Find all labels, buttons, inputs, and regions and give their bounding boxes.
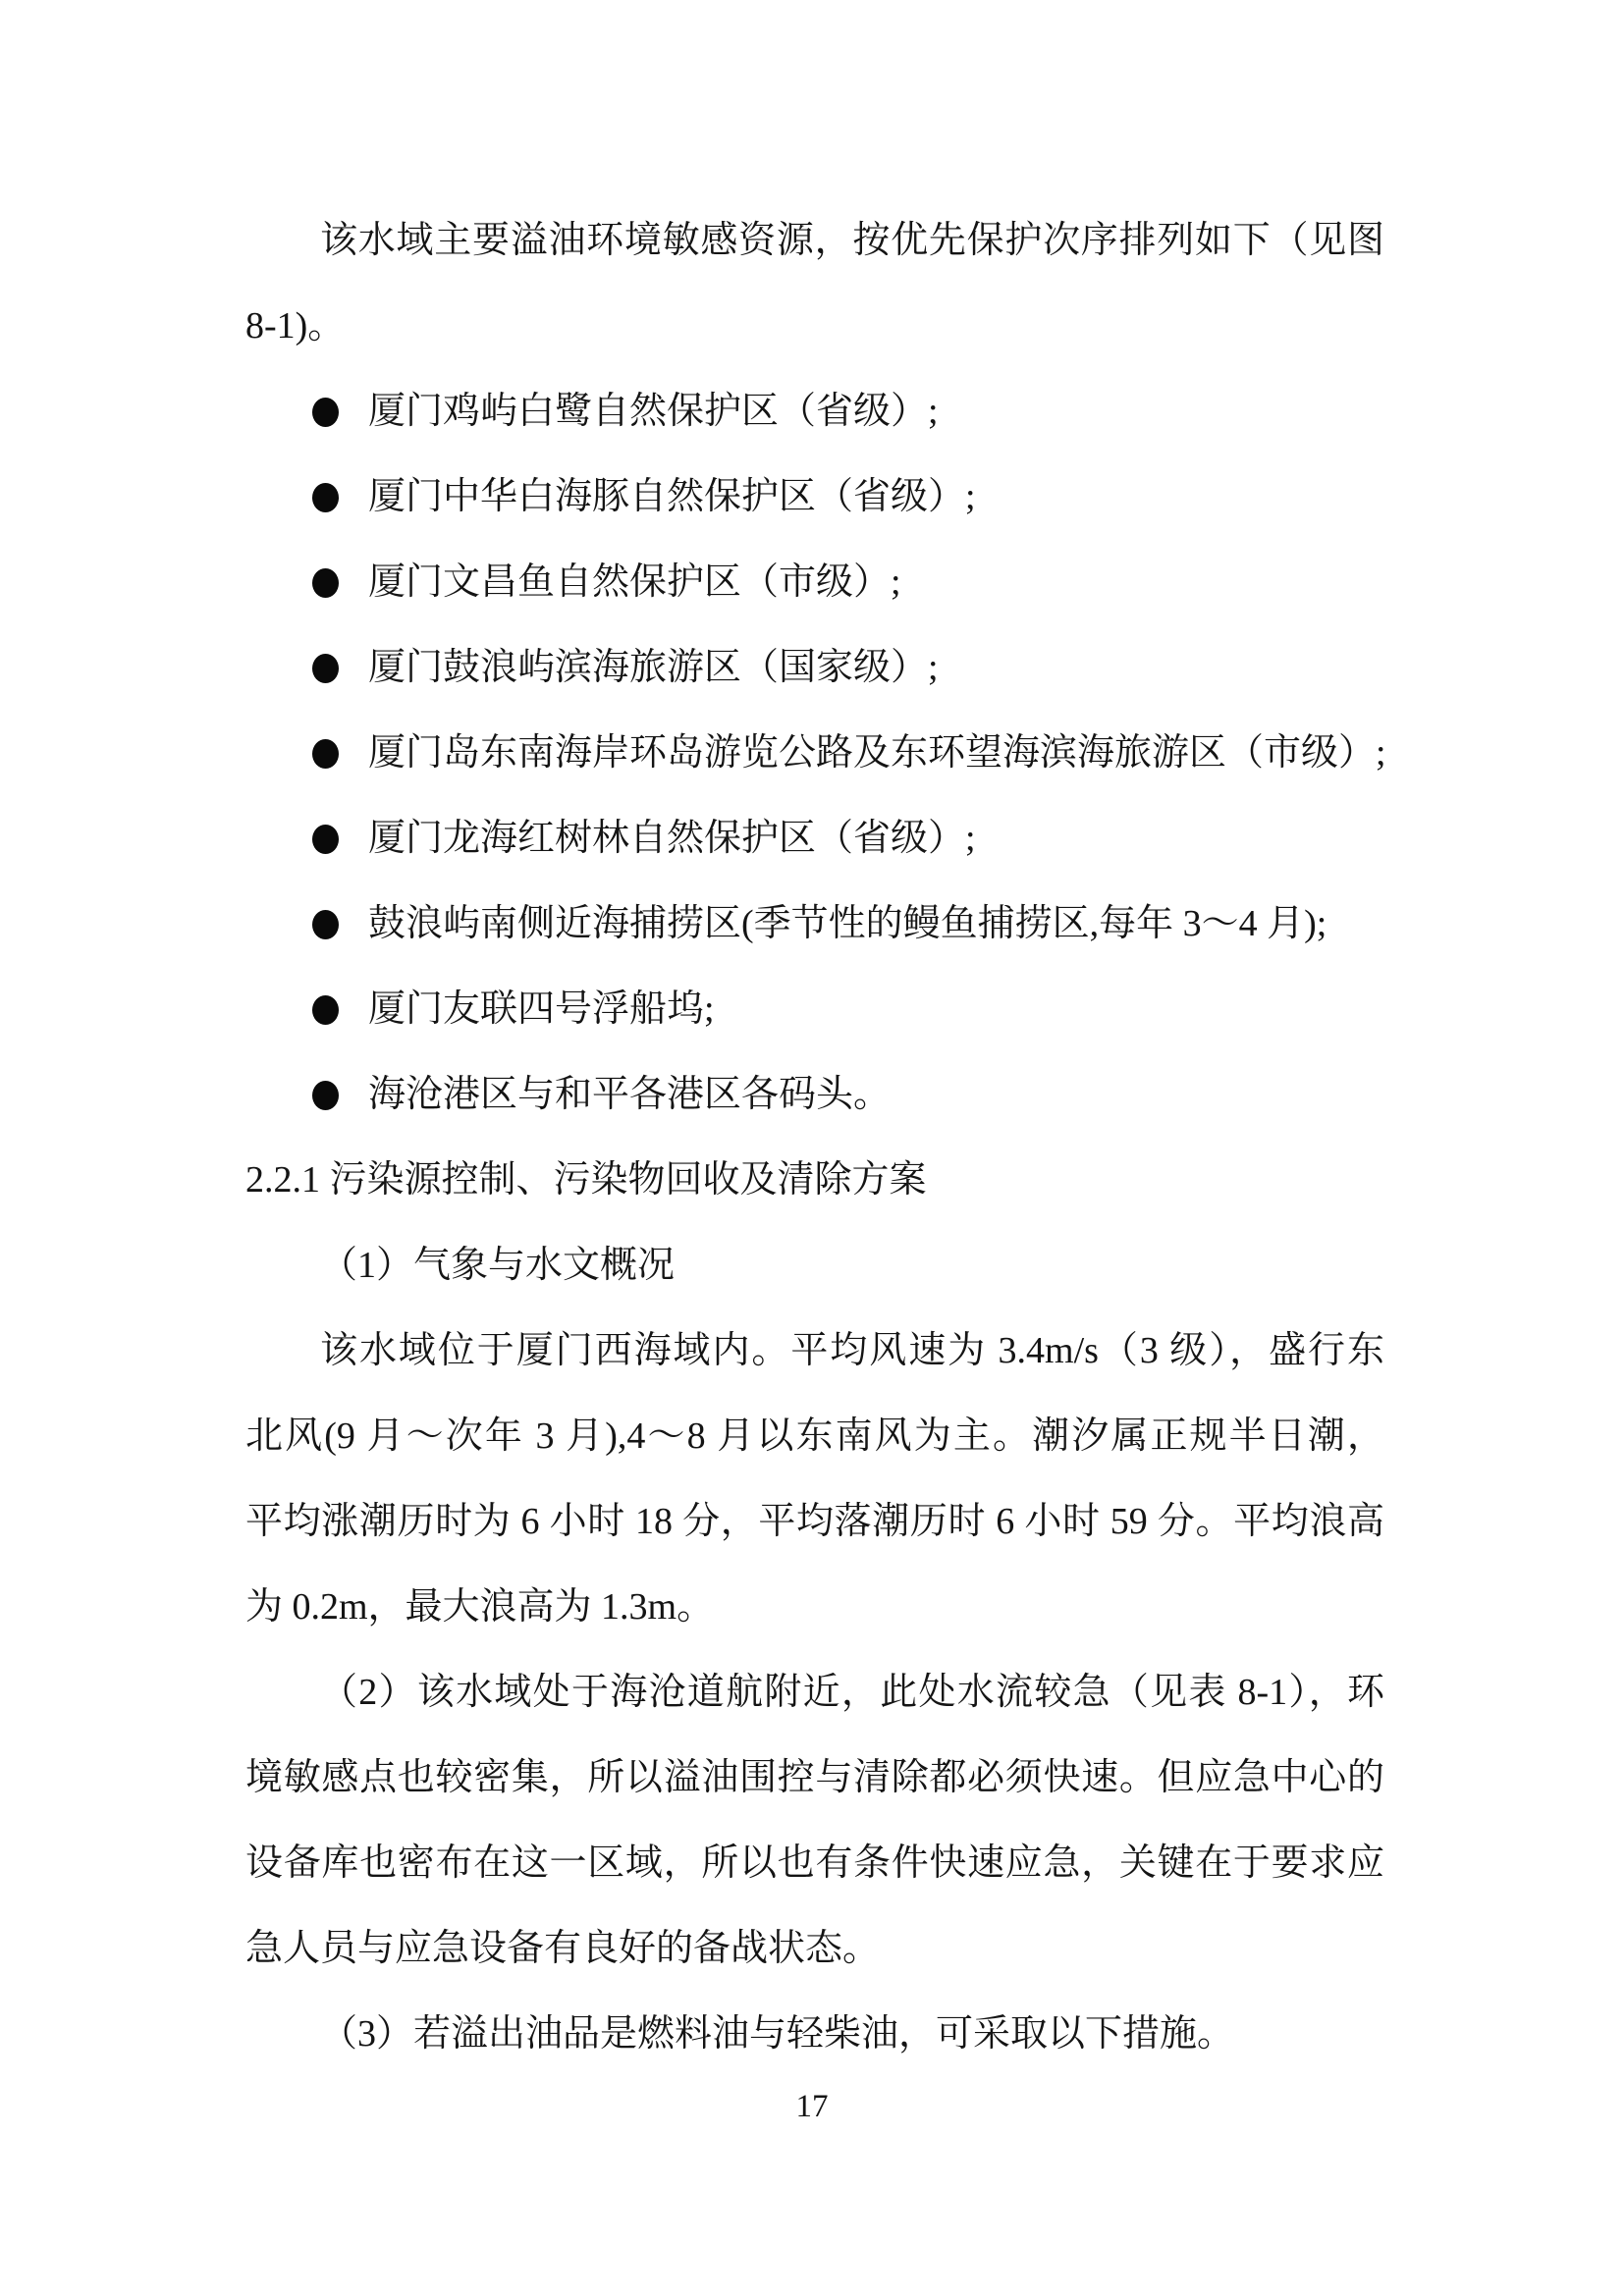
bullet-item: 厦门岛东南海岸环岛游览公路及东环望海滨海旅游区（市级）;	[245, 711, 1384, 796]
bullet-text: 厦门文昌鱼自然保护区（市级）;	[368, 540, 901, 625]
bullet-item: 厦门中华白海豚自然保护区（省级）;	[245, 454, 1384, 540]
paragraph-line: 设备库也密布在这一区域，所以也有条件快速应急，关键在于要求应	[245, 1821, 1384, 1906]
bullet-text: 厦门龙海红树林自然保护区（省级）;	[368, 796, 976, 881]
bullet-icon	[312, 398, 339, 427]
bullet-item: 海沧港区与和平各港区各码头。	[245, 1052, 1384, 1138]
bullet-icon	[312, 739, 339, 769]
paragraph-line: （2）该水域处于海沧道航附近，此处水流较急（见表 8-1），环	[245, 1650, 1384, 1735]
subsection-title: （1）气象与水文概况	[245, 1223, 1384, 1308]
bullet-item: 厦门鸡屿白鹭自然保护区（省级）;	[245, 369, 1384, 454]
page-number: 17	[0, 2081, 1624, 2132]
bullet-text: 厦门友联四号浮船坞;	[368, 967, 715, 1052]
bullet-icon	[312, 1081, 339, 1110]
bullet-icon	[312, 910, 339, 939]
section-heading: 2.2.1 污染源控制、污染物回收及清除方案	[245, 1138, 1384, 1223]
bullet-item: 厦门鼓浪屿滨海旅游区（国家级）;	[245, 625, 1384, 711]
bullet-icon	[312, 654, 339, 683]
bullet-text: 海沧港区与和平各港区各码头。	[368, 1052, 891, 1138]
bullet-icon	[312, 825, 339, 854]
paragraph-line: 该水域位于厦门西海域内。平均风速为 3.4m/s（3 级），盛行东	[245, 1308, 1384, 1394]
bullet-text: 厦门中华白海豚自然保护区（省级）;	[368, 454, 976, 540]
bullet-item: 厦门友联四号浮船坞;	[245, 967, 1384, 1052]
bullet-text: 鼓浪屿南侧近海捕捞区(季节性的鳗鱼捕捞区,每年 3～4 月);	[368, 881, 1326, 967]
paragraph-line: （3）若溢出油品是燃料油与轻柴油，可采取以下措施。	[245, 1992, 1384, 2077]
bullet-item: 鼓浪屿南侧近海捕捞区(季节性的鳗鱼捕捞区,每年 3～4 月);	[245, 881, 1384, 967]
intro-line: 8-1)。	[245, 284, 1384, 369]
document-body: 该水域主要溢油环境敏感资源，按优先保护次序排列如下（见图 8-1)。 厦门鸡屿白…	[245, 198, 1384, 2077]
bullet-text: 厦门岛东南海岸环岛游览公路及东环望海滨海旅游区（市级）;	[368, 711, 1386, 796]
paragraph-line: 急人员与应急设备有良好的备战状态。	[245, 1906, 1384, 1992]
bullet-item: 厦门龙海红树林自然保护区（省级）;	[245, 796, 1384, 881]
paragraph-line: 为 0.2m，最大浪高为 1.3m。	[245, 1565, 1384, 1650]
paragraph-line: 境敏感点也较密集，所以溢油围控与清除都必须快速。但应急中心的	[245, 1735, 1384, 1821]
paragraph-line: 平均涨潮历时为 6 小时 18 分，平均落潮历时 6 小时 59 分。平均浪高	[245, 1479, 1384, 1565]
bullet-text: 厦门鼓浪屿滨海旅游区（国家级）;	[368, 625, 939, 711]
bullet-icon	[312, 568, 339, 598]
bullet-icon	[312, 995, 339, 1025]
bullet-item: 厦门文昌鱼自然保护区（市级）;	[245, 540, 1384, 625]
intro-line: 该水域主要溢油环境敏感资源，按优先保护次序排列如下（见图	[245, 198, 1384, 284]
bullet-text: 厦门鸡屿白鹭自然保护区（省级）;	[368, 369, 939, 454]
document-page: 该水域主要溢油环境敏感资源，按优先保护次序排列如下（见图 8-1)。 厦门鸡屿白…	[0, 0, 1624, 2296]
bullet-icon	[312, 483, 339, 512]
paragraph-line: 北风(9 月～次年 3 月),4～8 月以东南风为主。潮汐属正规半日潮，	[245, 1394, 1384, 1479]
